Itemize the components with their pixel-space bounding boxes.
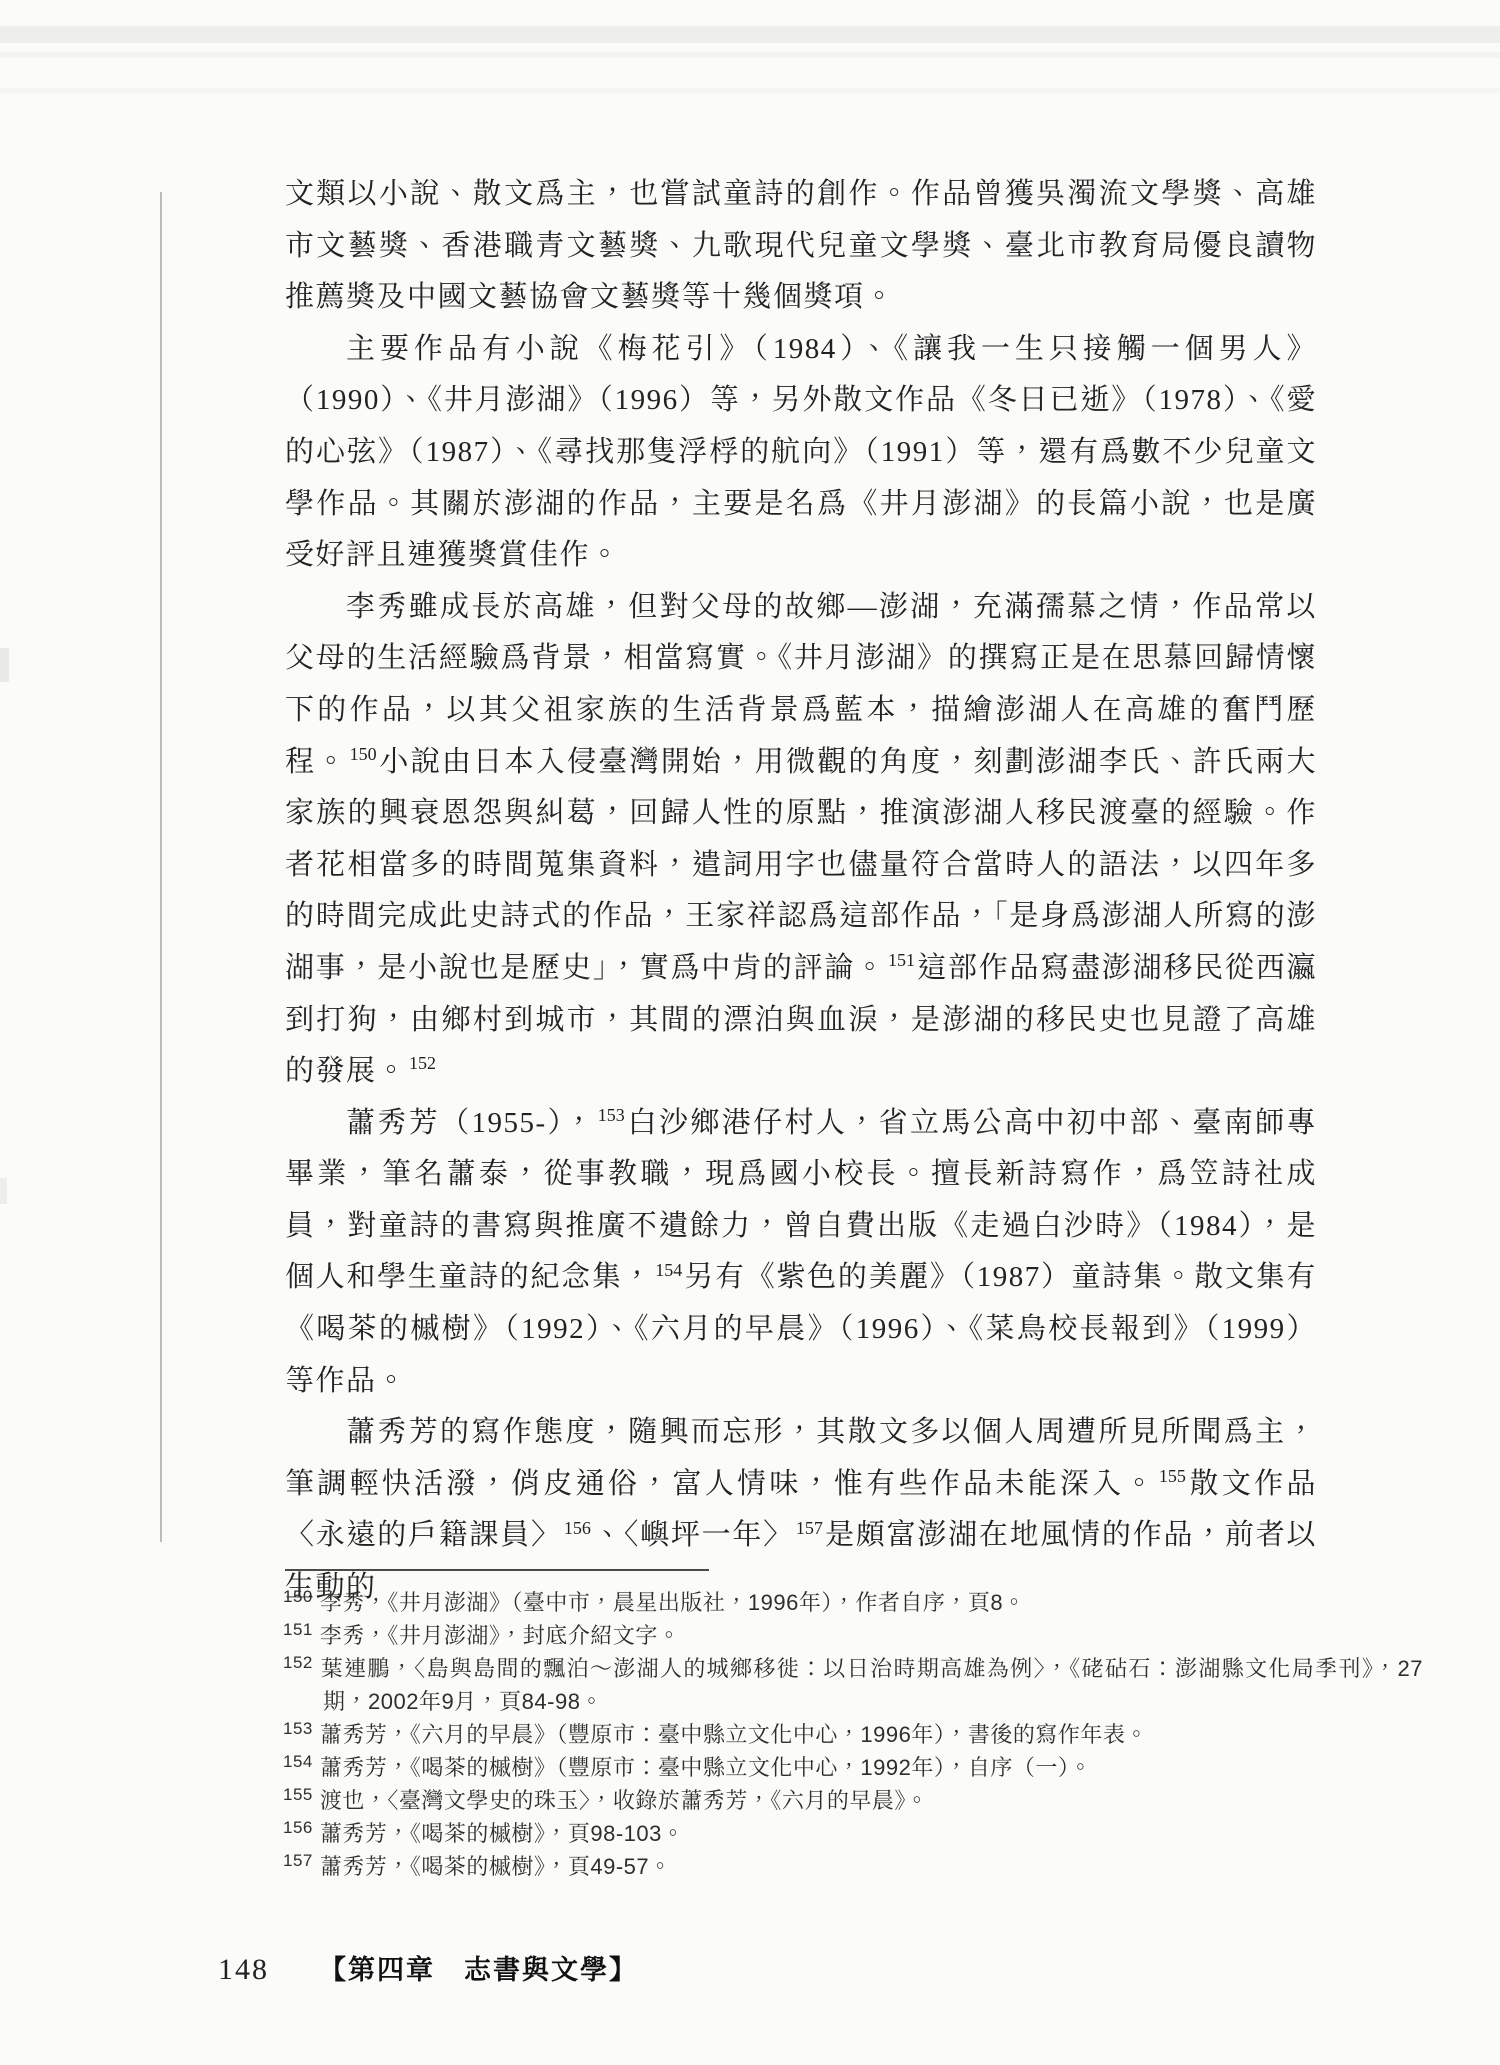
- footnote-number: 157: [283, 1851, 313, 1870]
- footnote-item: 151李秀，《井月澎湖》，封底介紹文字。: [283, 1619, 1423, 1652]
- paragraph: 蕭秀芳的寫作態度，隨興而忘形，其散文多以個人周遭所見所聞爲主，筆調輕快活潑，俏皮…: [285, 1407, 1317, 1613]
- page-footer: 148 【第四章 志書與文學】: [218, 1948, 638, 1987]
- footnote-number: 156: [283, 1818, 313, 1837]
- footnote-text: 葉連鵬，〈島與島間的飄泊～澎湖人的城鄉移徙：以日治時期高雄為例〉，《硓砧石：澎湖…: [320, 1656, 1423, 1714]
- footnote-text: 蕭秀芳，《喝茶的槭樹》（豐原市：臺中縣立文化中心，1992年），自序（一）。: [320, 1755, 1092, 1780]
- footnote-ref: 152: [407, 1053, 438, 1073]
- footnote-ref: 156: [562, 1518, 593, 1538]
- footnote-number: 151: [283, 1620, 313, 1639]
- footnote-text: 蕭秀芳，《喝茶的槭樹》，頁98-103。: [320, 1821, 685, 1846]
- paragraph: 李秀雖成長於高雄，但對父母的故鄉—澎湖，充滿孺慕之情，作品常以父母的生活經驗爲背…: [285, 582, 1317, 1098]
- footnote-separator: [285, 1569, 709, 1571]
- body-text-run: 蕭秀芳的寫作態度，隨興而忘形，其散文多以個人周遭所見所聞爲主，筆調輕快活潑，俏皮…: [285, 1416, 1317, 1500]
- footnote-number: 155: [283, 1785, 313, 1804]
- scan-artifact: [0, 26, 1500, 43]
- footnote-ref: 154: [653, 1260, 684, 1280]
- scan-artifact: [0, 88, 1500, 93]
- body-text-run: 文類以小說、散文爲主，也嘗試童詩的創作。作品曾獲吳濁流文學獎、高雄市文藝獎、香港…: [285, 178, 1317, 313]
- footnote-text: 渡也，〈臺灣文學史的珠玉〉，收錄於蕭秀芳，《六月的早晨》。: [320, 1788, 929, 1813]
- paragraph: 文類以小說、散文爲主，也嘗試童詩的創作。作品曾獲吳濁流文學獎、高雄市文藝獎、香港…: [285, 169, 1317, 324]
- left-margin-rule: [160, 192, 162, 1542]
- body-text-run: 小說由日本入侵臺灣開始，用微觀的角度，刻劃澎湖李氏、許氏兩大家族的興衰恩怨與糾葛…: [285, 746, 1317, 984]
- footnote-ref: 150: [348, 744, 379, 764]
- footnote-number: 154: [283, 1752, 313, 1771]
- footnote-ref: 155: [1157, 1466, 1188, 1486]
- book-page: 文類以小說、散文爲主，也嘗試童詩的創作。作品曾獲吳濁流文學獎、高雄市文藝獎、香港…: [0, 0, 1500, 2065]
- body-text-run: 主要作品有小說《梅花引》（1984）、《讓我一生只接觸一個男人》（1990）、《…: [285, 333, 1317, 571]
- footnote-number: 150: [283, 1587, 313, 1606]
- footnote-item: 156蕭秀芳，《喝茶的槭樹》，頁98-103。: [283, 1817, 1423, 1850]
- footnote-item: 157蕭秀芳，《喝茶的槭樹》，頁49-57。: [283, 1850, 1423, 1883]
- footnote-ref: 151: [886, 950, 917, 970]
- footnote-item: 155渡也，〈臺灣文學史的珠玉〉，收錄於蕭秀芳，《六月的早晨》。: [283, 1784, 1423, 1817]
- footnotes-list: 150李秀，《井月澎湖》（臺中市，晨星出版社，1996年），作者自序，頁8。15…: [283, 1586, 1423, 1883]
- footnote-item: 153蕭秀芳，《六月的早晨》（豐原市：臺中縣立文化中心，1996年），書後的寫作…: [283, 1718, 1423, 1751]
- footnote-number: 153: [283, 1719, 313, 1738]
- footnote-item: 150李秀，《井月澎湖》（臺中市，晨星出版社，1996年），作者自序，頁8。: [283, 1586, 1423, 1619]
- paragraph: 蕭秀芳（1955-），153白沙鄉港仔村人，省立馬公高中初中部、臺南師專畢業，筆…: [285, 1098, 1317, 1408]
- paragraph: 主要作品有小說《梅花引》（1984）、《讓我一生只接觸一個男人》（1990）、《…: [285, 324, 1317, 582]
- footnote-number: 152: [283, 1653, 313, 1672]
- footnote-ref: 153: [596, 1105, 627, 1125]
- body-text-run: 、〈嶼坪一年〉: [593, 1519, 794, 1551]
- footnote-text: 蕭秀芳，《六月的早晨》（豐原市：臺中縣立文化中心，1996年），書後的寫作年表。: [320, 1722, 1148, 1747]
- footnote-text: 李秀，《井月澎湖》，封底介紹文字。: [320, 1623, 681, 1648]
- footnote-ref: 157: [794, 1518, 825, 1538]
- body-text-run: 蕭秀芳（1955-），: [346, 1107, 596, 1139]
- scan-artifact: [0, 648, 9, 682]
- footnote-text: 蕭秀芳，《喝茶的槭樹》，頁49-57。: [320, 1854, 672, 1879]
- page-number: 148: [218, 1953, 269, 1987]
- footnote-item: 154蕭秀芳，《喝茶的槭樹》（豐原市：臺中縣立文化中心，1992年），自序（一）…: [283, 1751, 1423, 1784]
- scan-artifact: [0, 52, 1500, 58]
- footnote-text: 李秀，《井月澎湖》（臺中市，晨星出版社，1996年），作者自序，頁8。: [320, 1590, 1026, 1615]
- chapter-title: 【第四章 志書與文學】: [319, 1948, 638, 1987]
- scan-artifact: [0, 1178, 7, 1204]
- body-text: 文類以小說、散文爲主，也嘗試童詩的創作。作品曾獲吳濁流文學獎、高雄市文藝獎、香港…: [285, 169, 1317, 1614]
- footnote-item: 152葉連鵬，〈島與島間的飄泊～澎湖人的城鄉移徙：以日治時期高雄為例〉，《硓砧石…: [283, 1652, 1423, 1718]
